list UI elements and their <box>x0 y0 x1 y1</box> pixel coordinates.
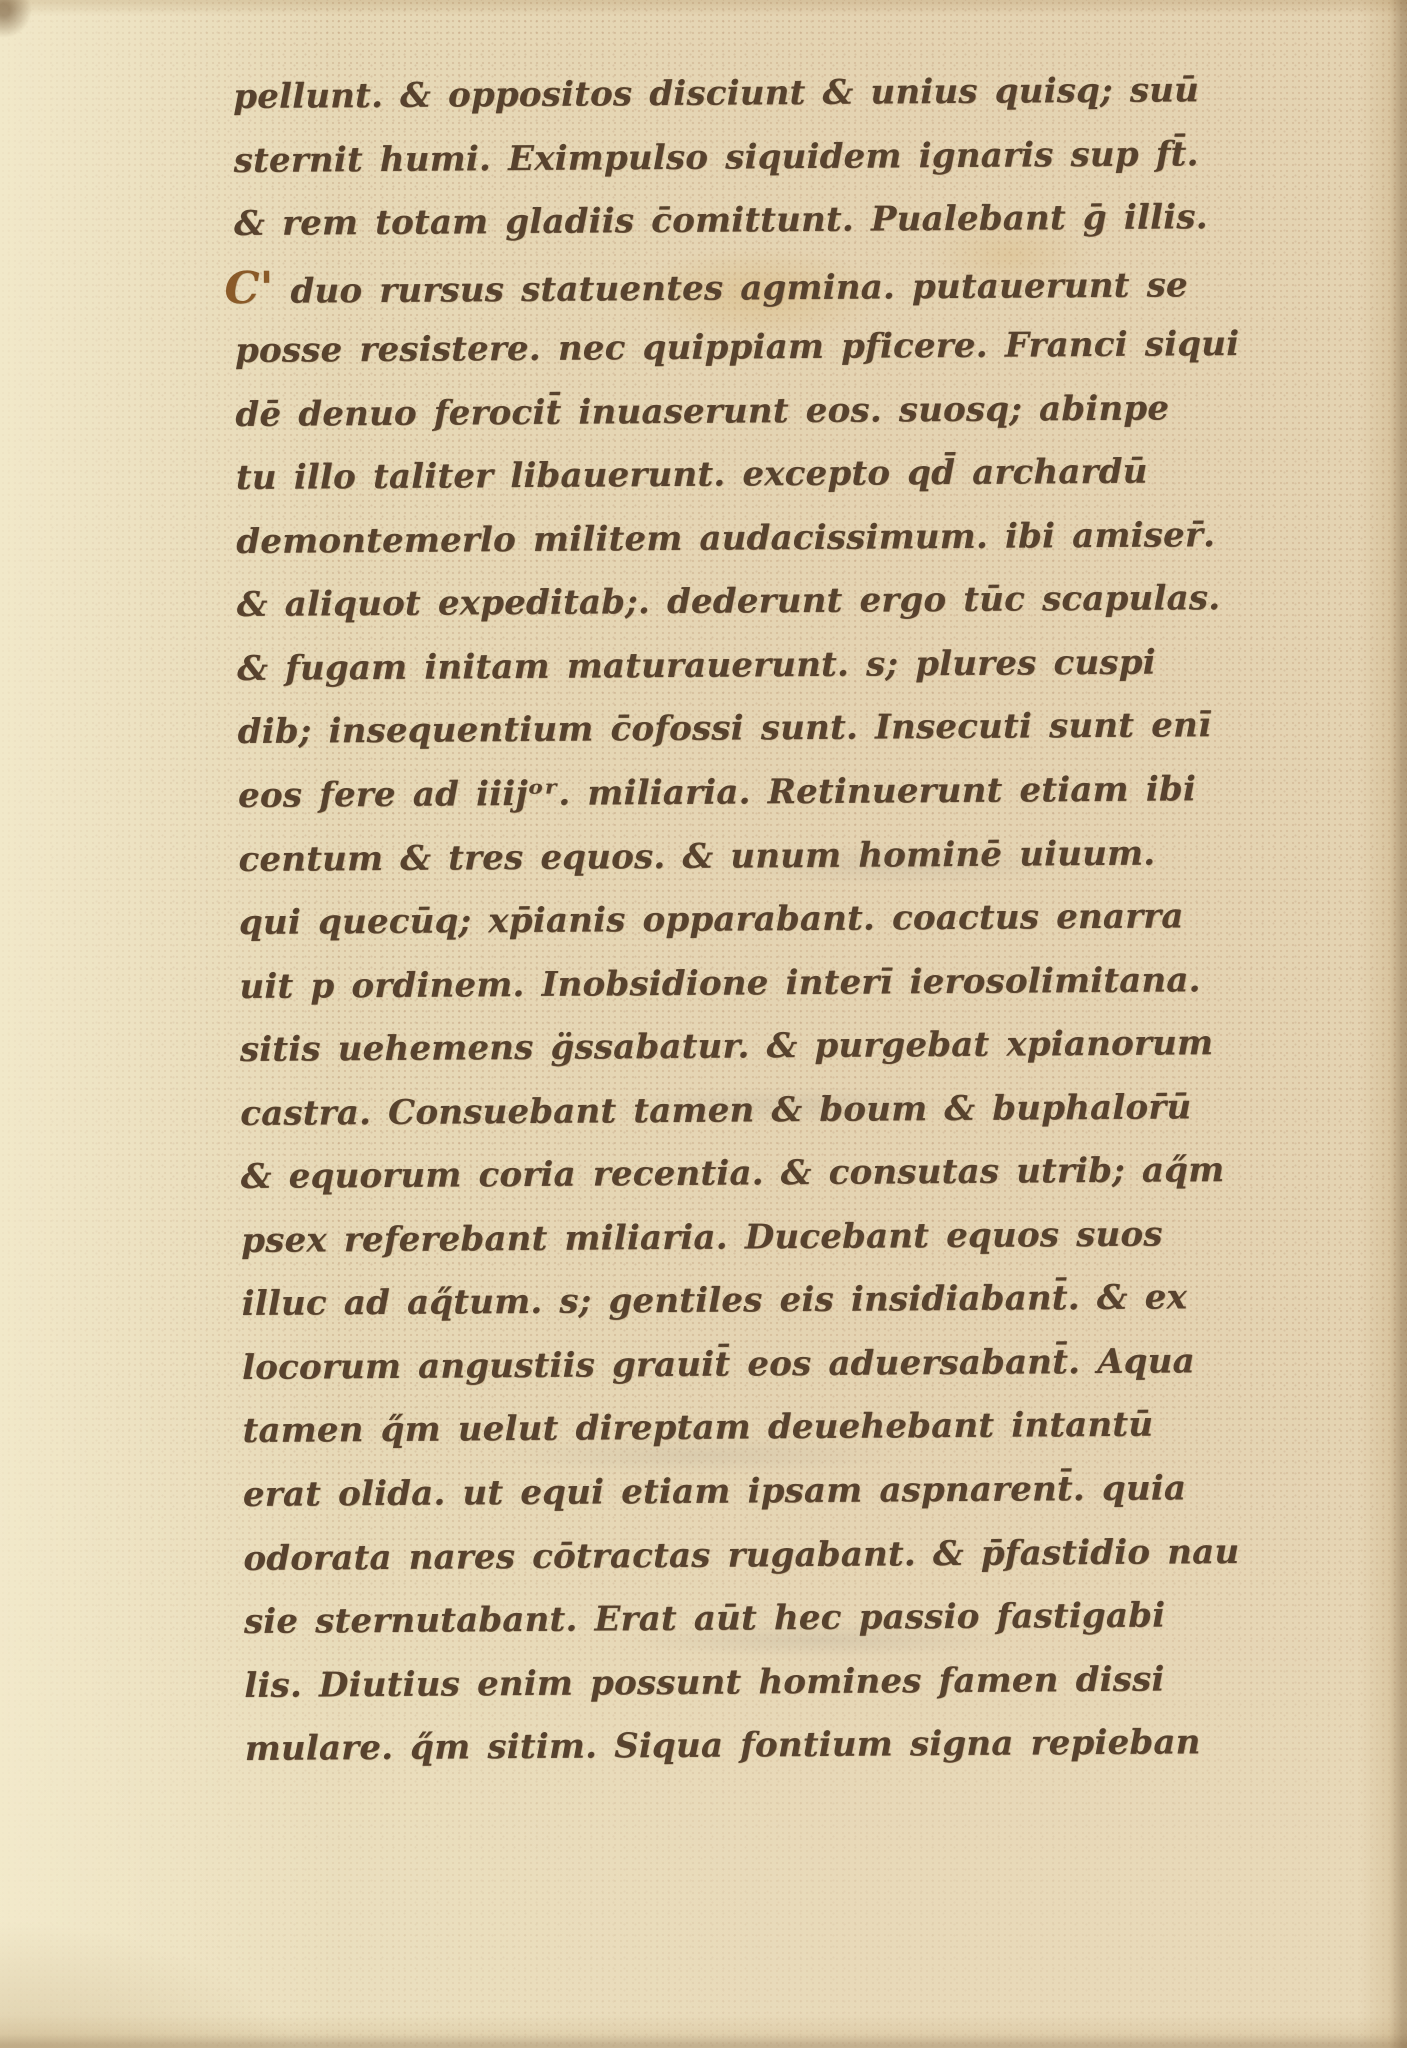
manuscript-text-line: castra. Consuebant tamen & boum & buphal… <box>240 1077 1040 1146</box>
manuscript-text-line: C' duo rursus statuentes agmina. putauer… <box>234 251 1034 320</box>
manuscript-text-line: tu illo taliter libauerunt. excepto qd̄ … <box>236 442 1036 511</box>
manuscript-text-line: & equorum coria recentia. & consutas utr… <box>241 1141 1041 1210</box>
manuscript-text-line: uit p ordinem. Inobsidione interī ieroso… <box>239 950 1039 1019</box>
manuscript-text-line: erat olida. ut equi etiam ipsam aspnaren… <box>243 1458 1043 1527</box>
manuscript-text-line: lis. Diutius enim possunt homines famen … <box>244 1649 1044 1718</box>
manuscript-text-line: & aliquot expeditab;. dederunt ergo tūc … <box>237 569 1037 638</box>
manuscript-text-line: & fugam initam maturauerunt. s; plures c… <box>237 632 1037 701</box>
manuscript-text-block: pellunt. & oppositos disciunt & unius qu… <box>233 60 1045 1781</box>
manuscript-text-line: dib; insequentium c̄ofossi sunt. Insecut… <box>237 696 1037 765</box>
manuscript-text-line: demontemerlo militem audacissimum. ibi a… <box>236 505 1036 574</box>
manuscript-text-line: posse resistere. nec quippiam pficere. F… <box>235 315 1035 384</box>
manuscript-page: pellunt. & oppositos disciunt & unius qu… <box>0 0 1407 2048</box>
manuscript-text-line: qui quecūq; xp̄ianis opparabant. coactus… <box>239 887 1039 956</box>
manuscript-text-line: mulare. q̋m sitim. Siqua fontium signa r… <box>245 1713 1045 1782</box>
manuscript-text-line: dē denuo ferocit̄ inuaserunt eos. suosq;… <box>235 378 1035 447</box>
manuscript-text-line: illuc ad aq̋tum. s; gentiles eis insidia… <box>241 1268 1041 1337</box>
manuscript-text-line: odorata nares cōtractas rugabant. & p̄fa… <box>243 1522 1043 1591</box>
manuscript-text-line: sie sternutabant. Erat aūt hec passio fa… <box>244 1586 1044 1655</box>
manuscript-text-line: & rem totam gladiis c̄omittunt. Pualeban… <box>234 188 1034 257</box>
manuscript-text-line: psex referebant miliaria. Ducebant equos… <box>241 1204 1041 1273</box>
manuscript-text-line: tamen q̋m uelut direptam deuehebant inta… <box>242 1395 1042 1464</box>
manuscript-text-line: sternit humi. Eximpulso siquidem ignaris… <box>233 124 1033 193</box>
manuscript-text-line: centum & tres equos. & unum hominē uiuum… <box>238 823 1038 892</box>
manuscript-text-line: locorum angustiis grauit̄ eos aduersaban… <box>242 1331 1042 1400</box>
manuscript-text-line: eos fere ad iiijᵒʳ. miliaria. Retinuerun… <box>238 759 1038 828</box>
manuscript-text-line: pellunt. & oppositos disciunt & unius qu… <box>233 60 1033 129</box>
manuscript-text-line: sitis uehemens g̈ssabatur. & purgebat xp… <box>240 1014 1040 1083</box>
